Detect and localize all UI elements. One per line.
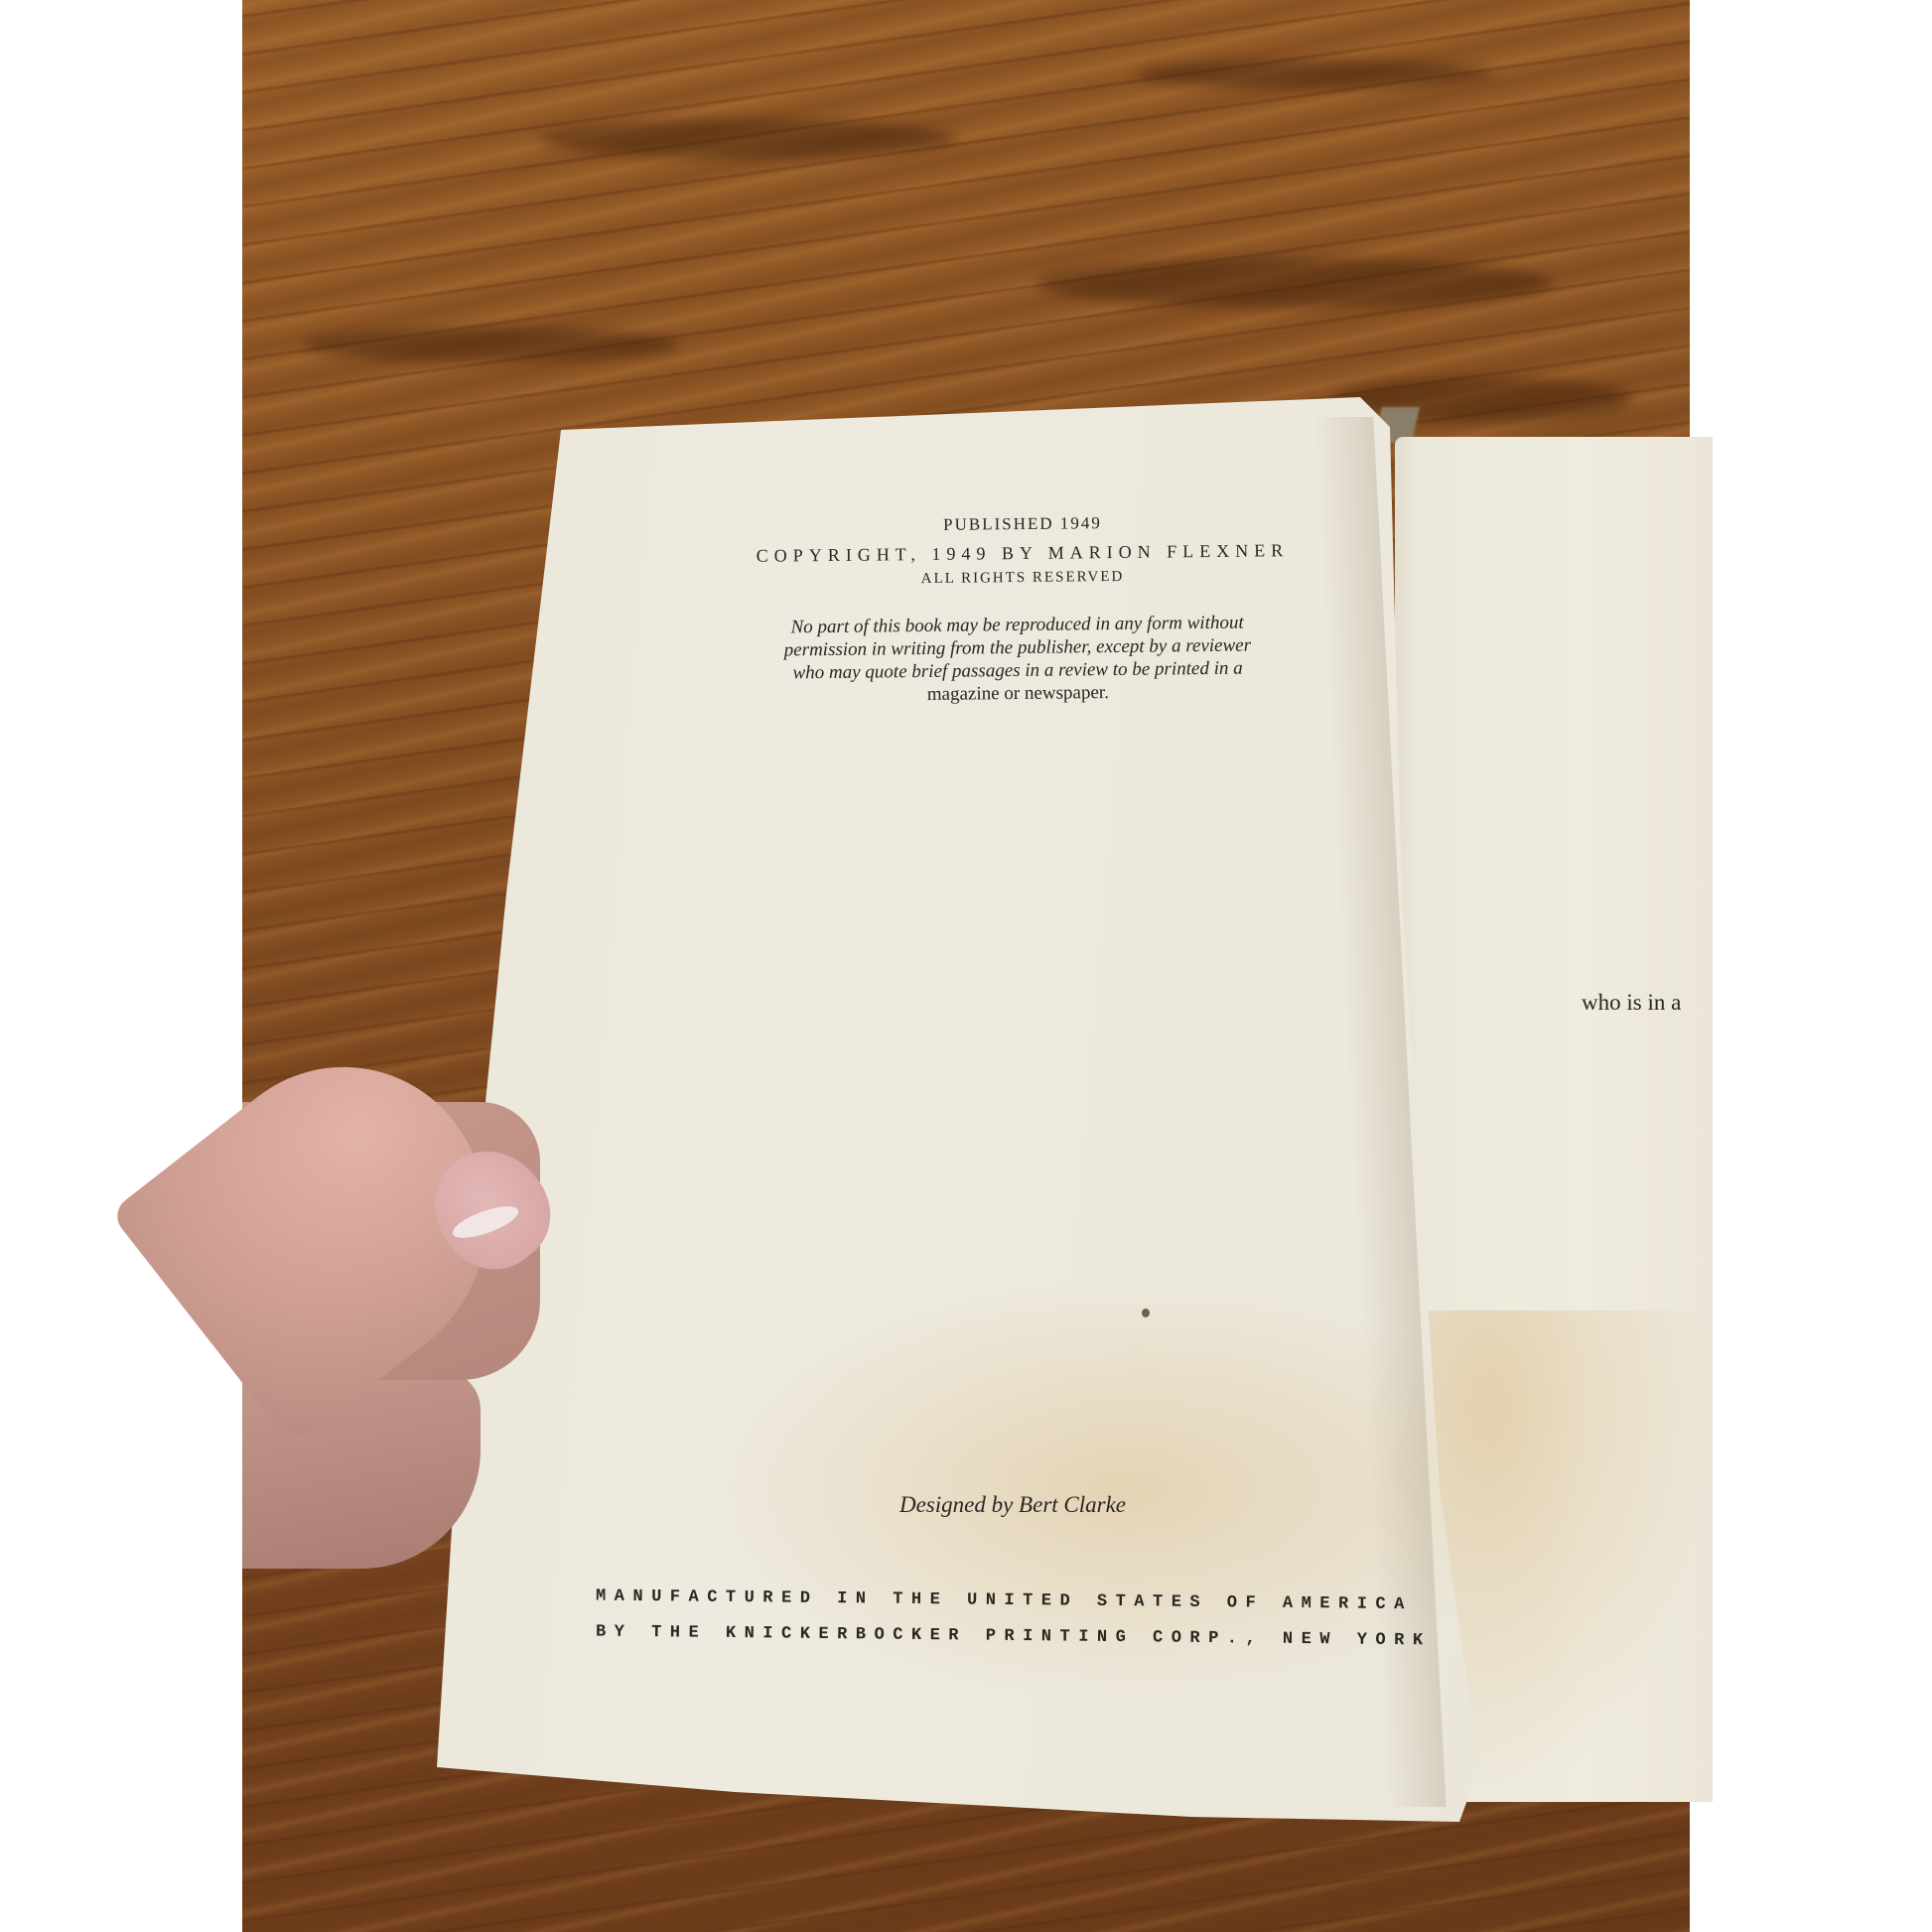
reproduction-notice: No part of this book may be reproduced i… [740, 611, 1297, 708]
wood-grain [1036, 258, 1553, 308]
wood-grain [302, 328, 679, 362]
published-line: PUBLISHED 1949 [874, 512, 1172, 535]
designer-credit: Designed by Bert Clarke [864, 1492, 1162, 1518]
wood-grain [540, 119, 957, 159]
paper-spot [1142, 1309, 1150, 1317]
hand-holding-page [242, 1102, 560, 1420]
right-page-text: who is in a [1582, 990, 1701, 1016]
wood-grain [1136, 60, 1493, 89]
rights-reserved-line: ALL RIGHTS RESERVED [874, 568, 1172, 588]
